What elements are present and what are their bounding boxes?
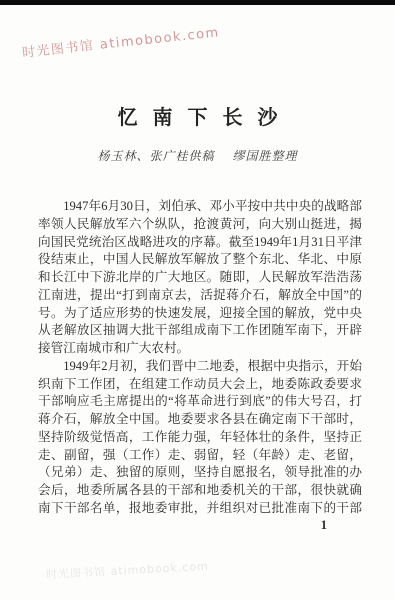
scanned-book-page: 时光图书馆 atimobook.com 忆南下长沙 杨玉林、张广桂供稿 缪国胜整…	[0, 0, 395, 600]
body-line: 织南下工作团，在组建工作动员大会上，地委陈政委要求广大	[38, 376, 362, 394]
page-number: 1	[321, 518, 327, 533]
byline-contributors: 杨玉林、张广桂供稿	[97, 149, 214, 163]
article-title: 忆南下长沙	[0, 101, 395, 130]
body-line: 1947年6月30日，刘伯承、邓小平按中共中央的战略部署，	[38, 198, 362, 216]
article-byline: 杨玉林、张广桂供稿 缪国胜整理	[0, 147, 395, 164]
scan-edge-bar	[0, 0, 395, 5]
body-line: 江南进，提出“打到南京去，活捉蒋介石，解放全中国”的口	[38, 287, 362, 305]
body-line: 向国民党统治区战略进攻的序幕。截至1949年1月31日平津战	[38, 234, 362, 252]
body-line: 坚持阶级觉悟高，工作能力强，年轻体壮的条件，坚持正(职)	[38, 429, 362, 447]
watermark-site-url: atimobook.com	[99, 25, 220, 53]
body-line: 走、副留，强（工作）走、弱留，轻（年龄）走、老留，多	[38, 447, 362, 465]
body-line: 南下干部名单，报地委审批，并组织对已批准南下的干部进行	[38, 500, 362, 518]
body-line: 会后，地委所属各县的干部和地委机关的干部，很快就确定了	[38, 482, 362, 500]
body-line: 从老解放区抽调大批干部组成南下工作团随军南下，开辟新区	[38, 322, 362, 340]
body-line: 役结束止，中国人民解放军解放了整个东北、华北、中原大地	[38, 251, 362, 269]
body-line: 1949年2月初，我们晋中二地委，根据中央指示，开始组	[38, 358, 362, 376]
library-watermark: 时光图书馆 atimobook.com	[21, 21, 220, 61]
body-line: 率领人民解放军六个纵队，抢渡黄河，向大别山挺进，揭开了	[38, 216, 362, 234]
body-line: 接管江南城市和广大农村。	[38, 340, 362, 358]
article-body: 1947年6月30日，刘伯承、邓小平按中共中央的战略部署， 率领人民解放军六个纵…	[38, 198, 362, 518]
body-line: （兄弟）走、独留的原则，坚持自愿报名，领导批准的办法。	[38, 464, 362, 482]
watermark-site-name: 时光图书馆	[21, 38, 95, 60]
body-line: 号。为了适应形势的快速发展，迎接全国的解放，党中央决定	[38, 305, 362, 323]
byline-editor: 缪国胜整理	[233, 149, 298, 163]
body-line: 干部响应毛主席提出的“将革命进行到底”的伟大号召，打倒	[38, 393, 362, 411]
body-line: 和长江中下游北岸的广大地区。随即，人民解放军浩浩荡荡渡	[38, 269, 362, 287]
body-line: 蒋介石，解放全中国。地委要求各县在确定南下干部时，必须	[38, 411, 362, 429]
ghost-watermark: 时光图书馆 atimobook.com	[46, 558, 209, 583]
